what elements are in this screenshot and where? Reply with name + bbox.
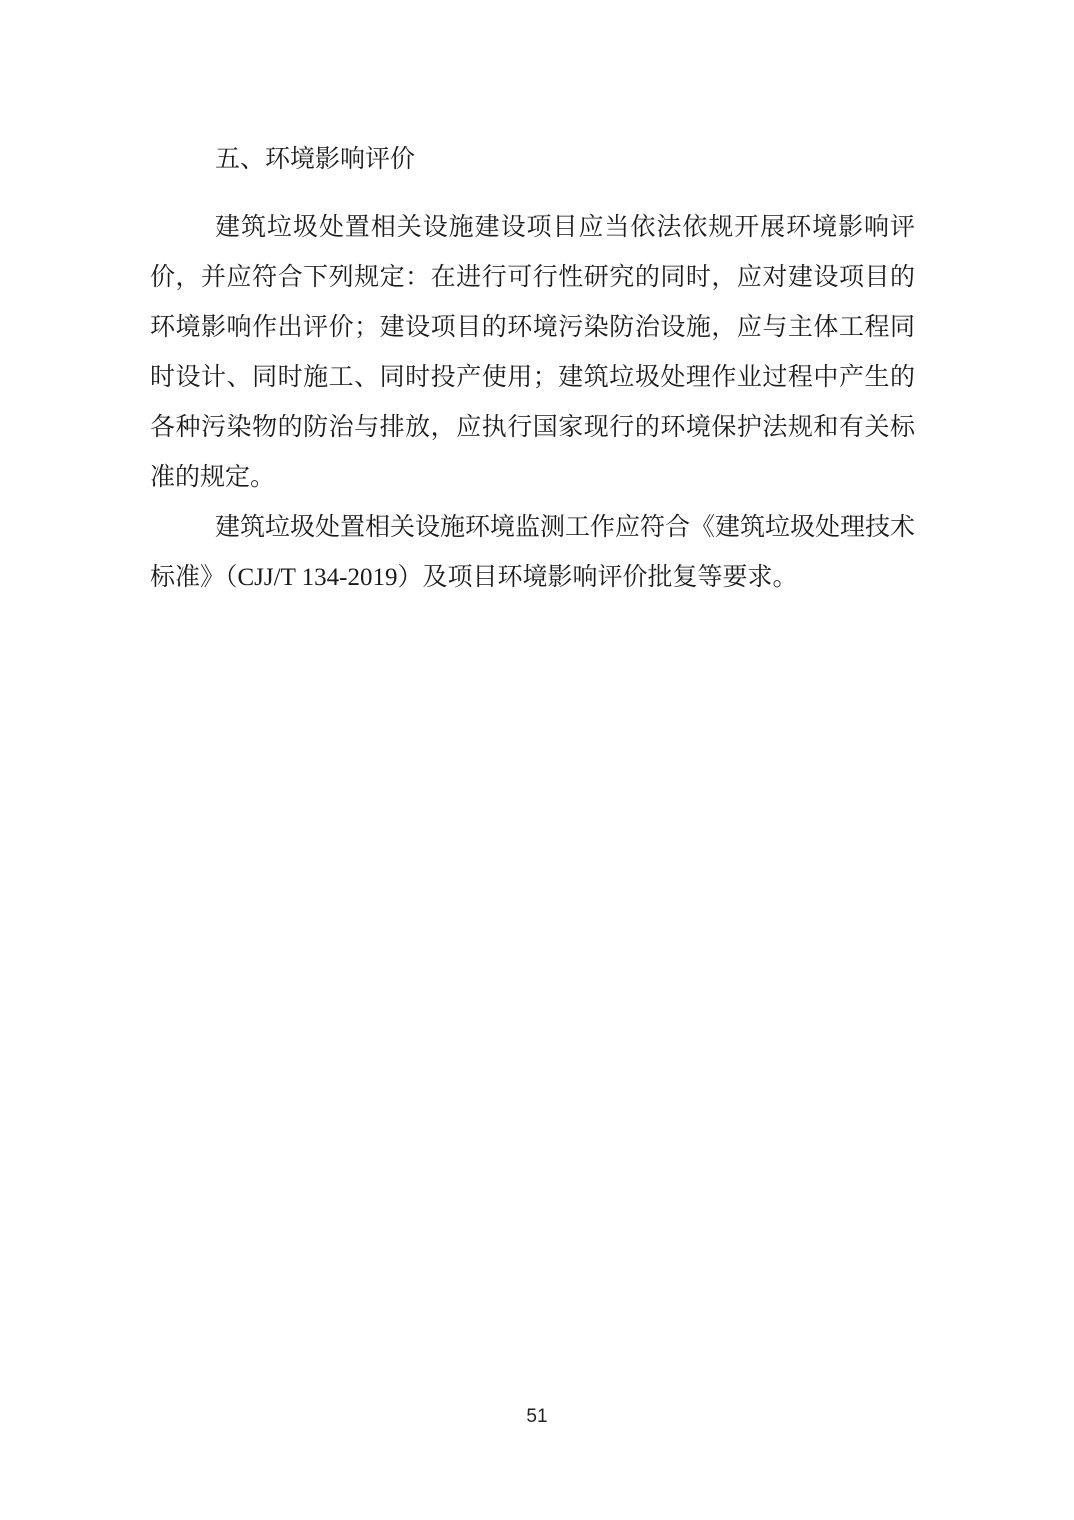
paragraph-line: 标准》（CJJ/T 134-2019）及项目环境影响评价批复等要求。	[150, 553, 915, 603]
paragraph-line: 建筑垃圾处置相关设施建设项目应当依法依规开展环境影响评	[150, 203, 915, 253]
document-page: 五、环境影响评价 建筑垃圾处置相关设施建设项目应当依法依规开展环境影响评 价，并…	[0, 0, 1074, 1520]
paragraph-line: 建筑垃圾处置相关设施环境监测工作应符合《建筑垃圾处理技术	[150, 503, 915, 553]
paragraph-environmental-monitoring: 建筑垃圾处置相关设施环境监测工作应符合《建筑垃圾处理技术 标准》（CJJ/T 1…	[150, 503, 915, 603]
paragraph-line: 各种污染物的防治与排放，应执行国家现行的环境保护法规和有关标	[150, 403, 915, 453]
paragraph-line: 价，并应符合下列规定：在进行可行性研究的同时，应对建设项目的	[150, 253, 915, 303]
page-number: 51	[0, 1406, 1074, 1428]
document-content: 五、环境影响评价 建筑垃圾处置相关设施建设项目应当依法依规开展环境影响评 价，并…	[150, 135, 915, 603]
paragraph-line: 环境影响作出评价；建设项目的环境污染防治设施，应与主体工程同	[150, 303, 915, 353]
paragraph-line: 时设计、同时施工、同时投产使用；建筑垃圾处理作业过程中产生的	[150, 353, 915, 403]
paragraph-environmental-impact: 建筑垃圾处置相关设施建设项目应当依法依规开展环境影响评 价，并应符合下列规定：在…	[150, 203, 915, 503]
paragraph-line: 准的规定。	[150, 453, 915, 503]
section-heading: 五、环境影响评价	[150, 135, 915, 185]
